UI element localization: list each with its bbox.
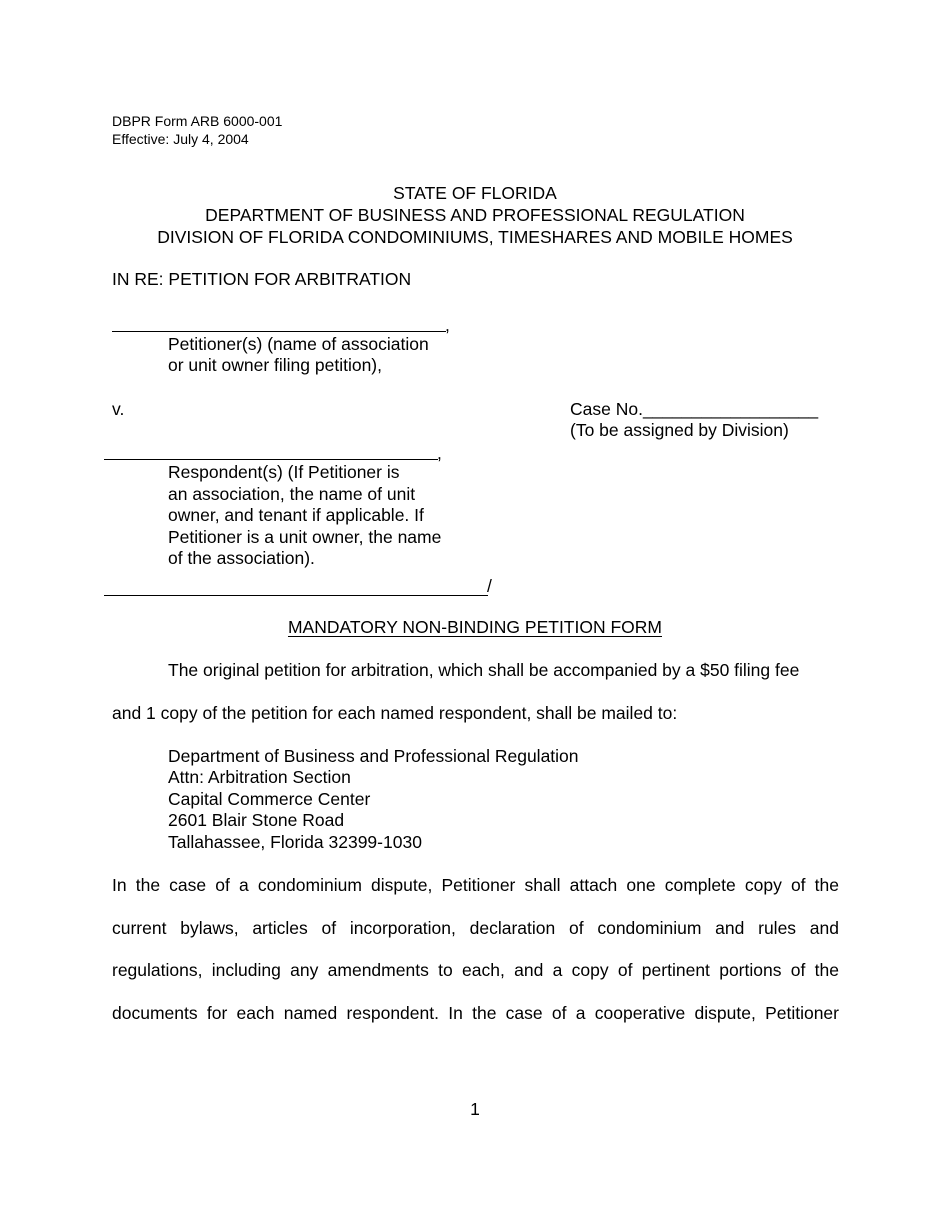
respondent-label-line3: owner, and tenant if applicable. If [168, 505, 424, 527]
petitioner-label-line2: or unit owner filing petition), [168, 355, 382, 377]
intro-line1: The original petition for arbitration, w… [168, 660, 799, 682]
case-number-label: Case No. [570, 399, 643, 419]
address-line3: Capital Commerce Center [168, 789, 370, 811]
respondent-label-line2: an association, the name of unit [168, 484, 415, 506]
respondent-label-line5: of the association). [168, 548, 315, 570]
form-title: MANDATORY NON-BINDING PETITION FORM [0, 617, 950, 639]
respondent-comma: , [437, 443, 442, 465]
case-number-field[interactable]: Case No.__________________ [570, 399, 818, 421]
agency-department: DEPARTMENT OF BUSINESS AND PROFESSIONAL … [0, 205, 950, 227]
in-re-heading: IN RE: PETITION FOR ARBITRATION [112, 269, 411, 291]
agency-division: DIVISION OF FLORIDA CONDOMINIUMS, TIMESH… [0, 227, 950, 249]
intro-line2: and 1 copy of the petition for each name… [112, 703, 677, 725]
caption-closing-rule [104, 595, 488, 596]
address-line1: Department of Business and Professional … [168, 746, 579, 768]
body-line4: documents for each named respondent. In … [112, 1003, 839, 1025]
respondent-label-line1: Respondent(s) (If Petitioner is [168, 462, 400, 484]
body-line3: regulations, including any amendments to… [112, 960, 839, 982]
petitioner-name-field[interactable] [112, 331, 446, 332]
body-line1: In the case of a condominium dispute, Pe… [112, 875, 839, 897]
effective-date: Effective: July 4, 2004 [112, 130, 249, 148]
body-line2: current bylaws, articles of incorporatio… [112, 918, 839, 940]
address-line2: Attn: Arbitration Section [168, 767, 351, 789]
respondent-label-line4: Petitioner is a unit owner, the name [168, 527, 441, 549]
caption-closing-slash: / [487, 576, 492, 598]
case-number-blank: __________________ [643, 399, 818, 419]
respondent-name-field[interactable] [104, 459, 438, 460]
page-number: 1 [0, 1099, 950, 1121]
petitioner-comma: , [445, 315, 450, 337]
case-number-note: (To be assigned by Division) [570, 420, 789, 442]
agency-state: STATE OF FLORIDA [0, 183, 950, 205]
form-id: DBPR Form ARB 6000-001 [112, 112, 282, 130]
address-line5: Tallahassee, Florida 32399-1030 [168, 832, 422, 854]
form-title-text: MANDATORY NON-BINDING PETITION FORM [288, 617, 662, 637]
address-line4: 2601 Blair Stone Road [168, 810, 344, 832]
petitioner-label-line1: Petitioner(s) (name of association [168, 334, 429, 356]
versus-label: v. [112, 399, 124, 421]
